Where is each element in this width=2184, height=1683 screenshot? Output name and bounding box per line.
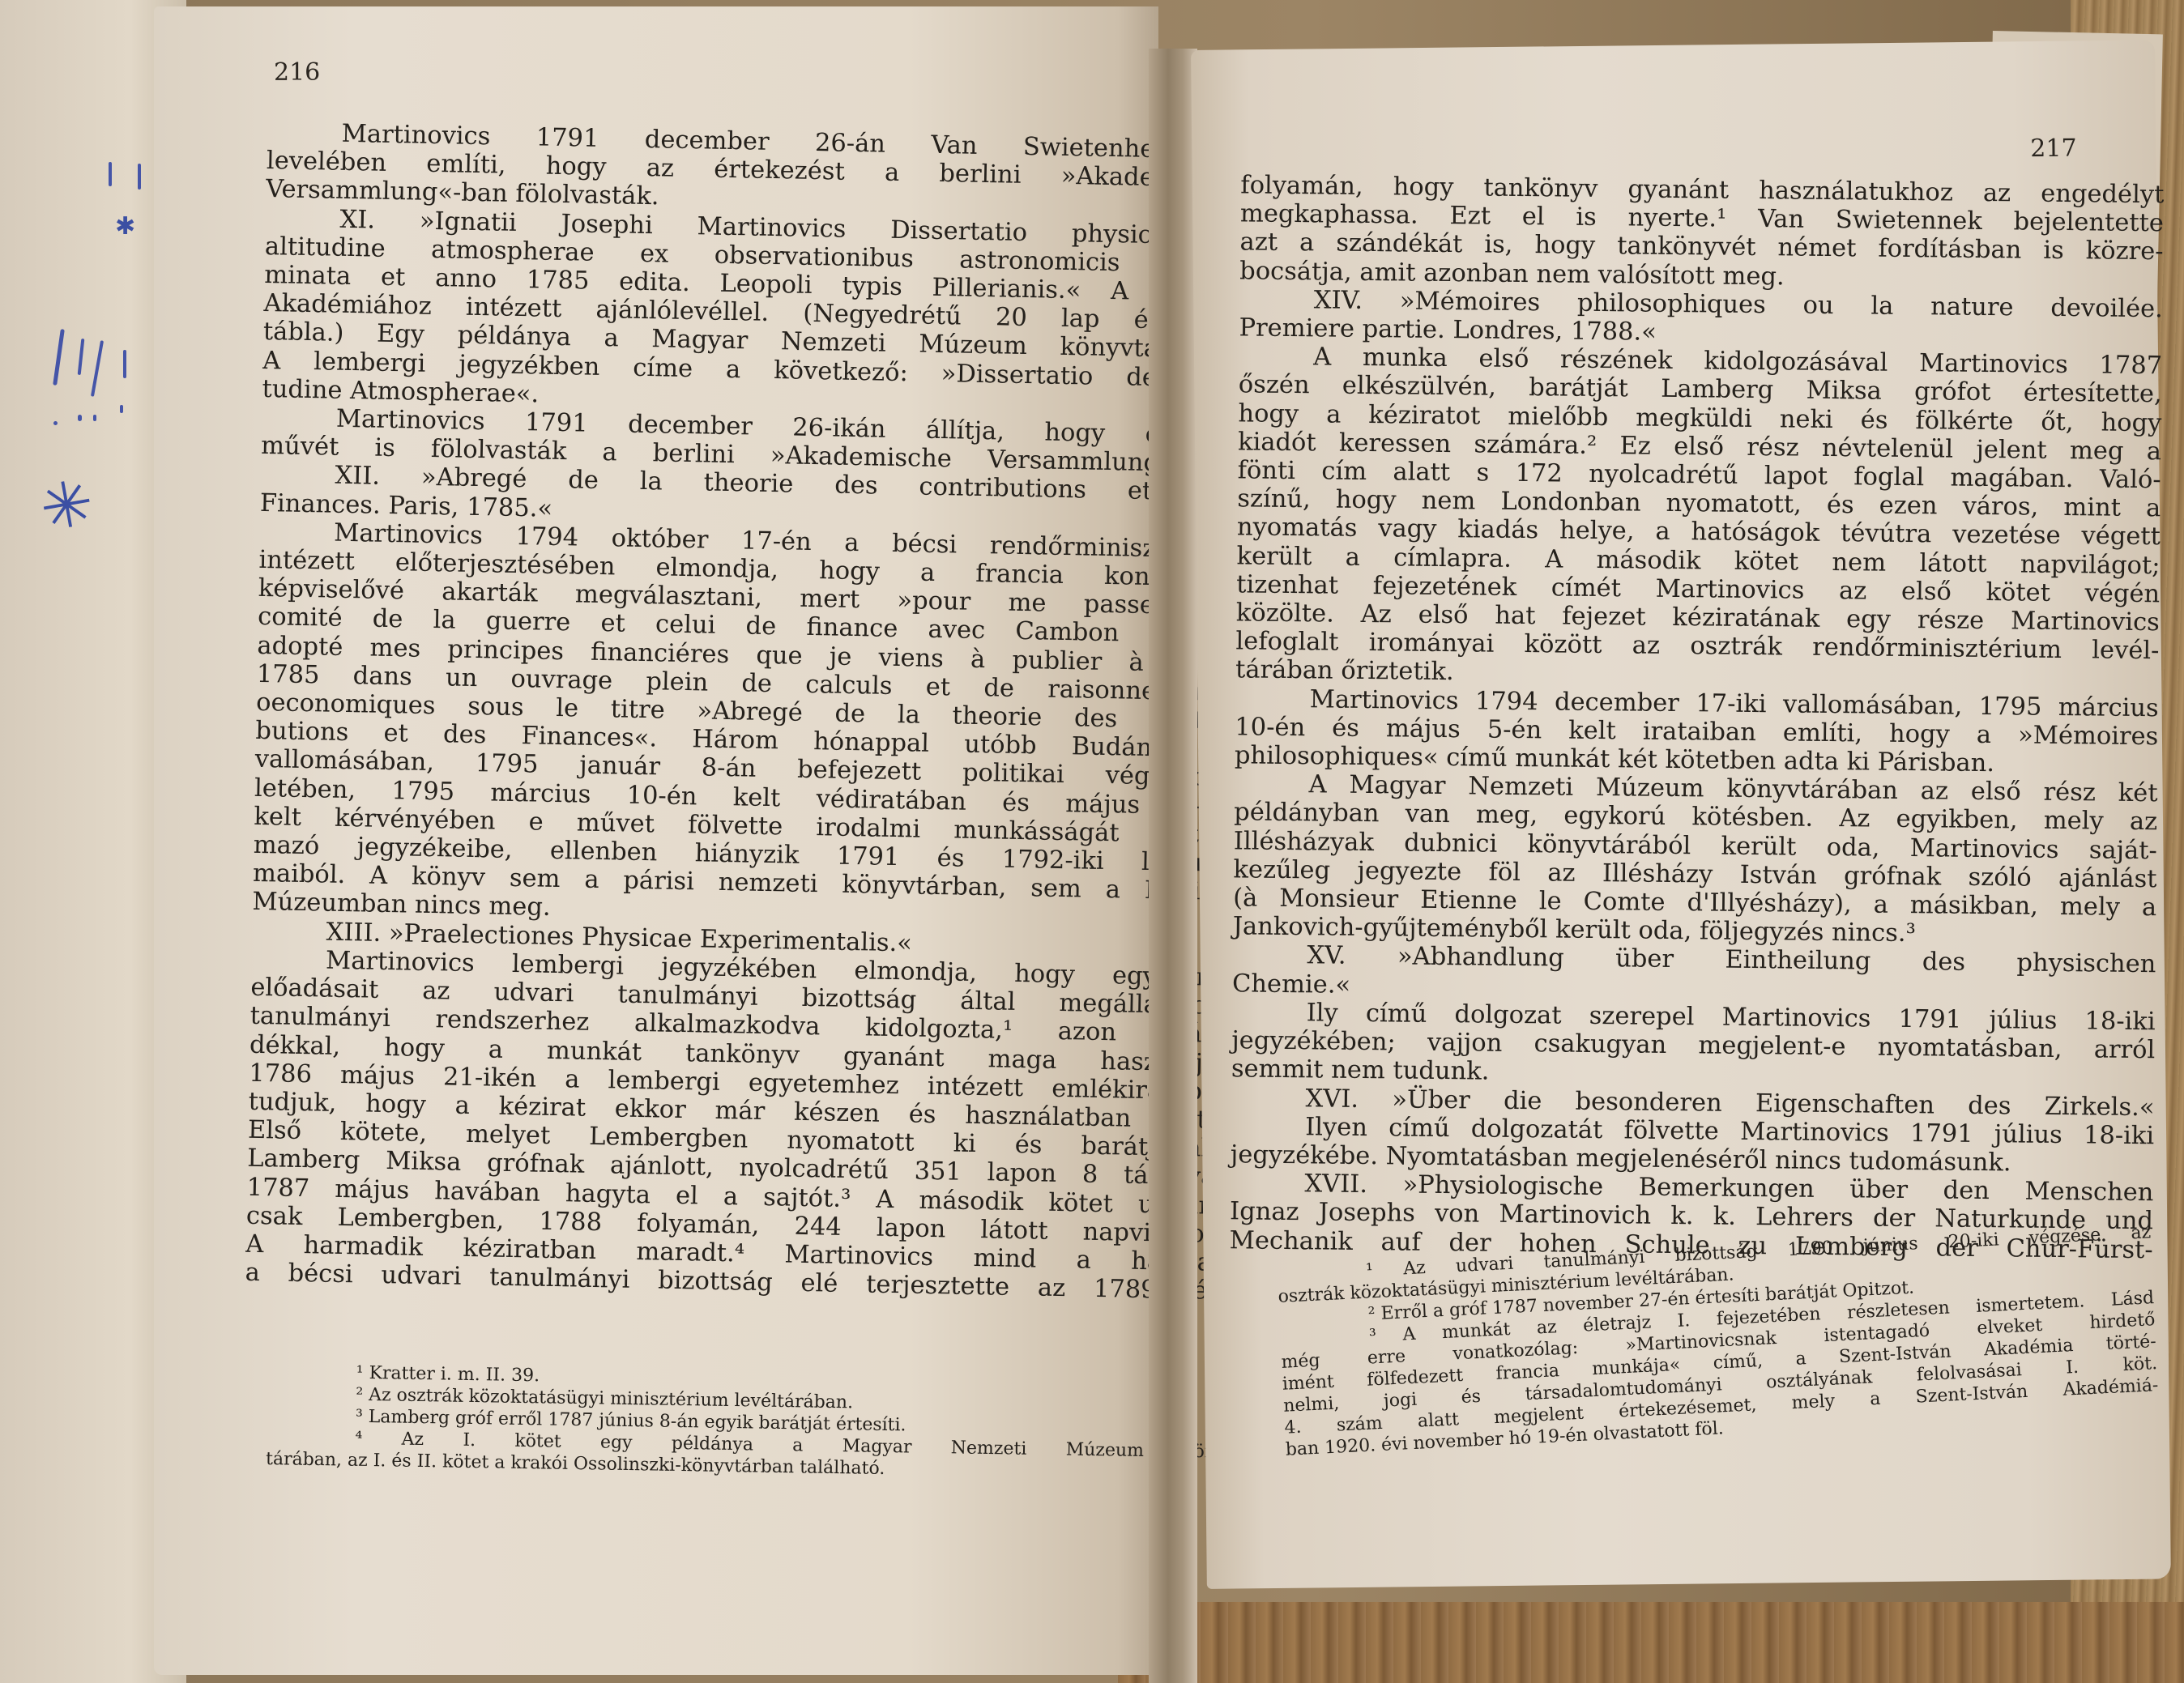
right-page: 217 folyamán, hogy tankönyv gyanánt hasz… [1191,40,2171,1589]
pen-tick-mark [123,350,126,378]
pen-dot [78,415,82,421]
right-page-footnotes: ¹ Az udvari tanulmányi bizottság 1790 jú… [1277,1221,2161,1460]
page-number-right: 217 [2030,134,2077,164]
left-page-body: Martinovics 1791 december 26-án Van Swie… [245,118,1243,1306]
pen-tick-mark [109,162,112,186]
left-page: 216 Martinovics 1791 december 26-án Van … [154,6,1158,1675]
pen-dot [53,421,58,425]
left-page-footnotes: ¹ Kratter i. m. II. 39.² Az osztrák közo… [266,1361,1243,1485]
pen-tick-mark [138,164,141,190]
page-number-left: 216 [274,58,320,87]
asterisk-small-icon: ✱ [115,212,135,241]
right-page-body: folyamán, hogy tankönyv gyanánt használa… [1230,171,2165,1264]
wooden-table-bottom [1118,1602,2184,1683]
pen-dot [93,415,96,421]
pen-dot [120,405,123,413]
book-gutter [1149,49,1197,1683]
